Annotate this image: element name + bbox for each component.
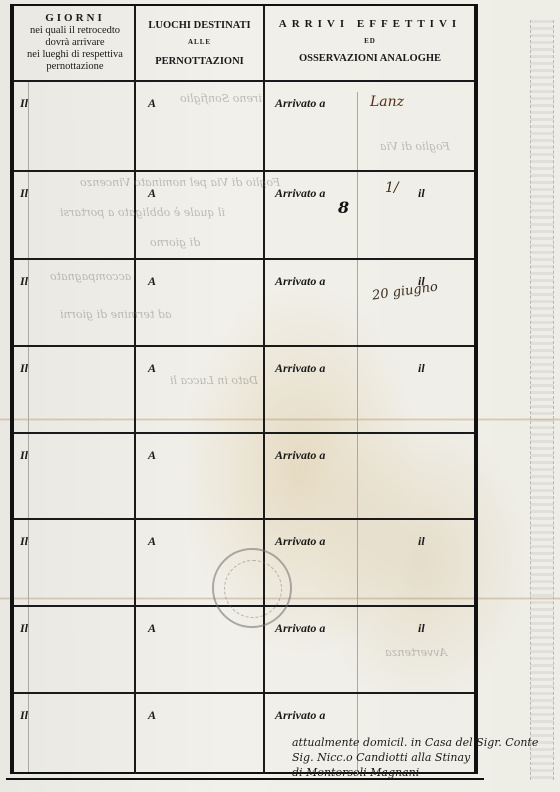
row-rule [14,432,474,434]
row-day-label: Il [20,708,28,723]
bleed-through-text: Avvertenza [385,646,447,659]
note-line: Sig. Nicc.o Candiotti alla Stinay [292,750,560,765]
header-giorni-line: dovrà arrivare [16,37,134,49]
note-line: di Montorsoli Magnani [292,765,560,780]
column-divider [263,6,265,774]
header-arrivi-line1: ARRIVI EFFETTIVI [265,18,475,31]
row-day-label: Il [20,448,28,463]
row-rule [14,345,474,347]
header-arrivi-line3: OSSERVAZIONI ANALOGHE [265,53,475,65]
bleed-through-text: Dato in Lucca li [170,374,258,387]
row-arrival-label: Arrivato a [275,708,325,723]
header-arrivi-line2: ED [265,37,475,45]
bleed-through-text: di giorno [150,236,200,249]
row-day-label: Il [20,96,28,111]
header-giorni-line: pernottazione [16,61,134,73]
header-rule [14,80,474,82]
row-date-label: il [418,361,425,376]
header-giorni-title: GIORNI [16,12,134,25]
row-place-label: A [148,534,156,549]
bleed-through-text: accompagnato [50,270,131,283]
row-day-label: Il [20,186,28,201]
row-arrival-label: Arrivato a [275,621,325,636]
header-luoghi-line3: PERNOTTAZIONI [136,56,263,68]
row-date-label: il [418,621,425,636]
bleed-through-text: Foglio di Via pel nominato Vincenzo [80,176,280,189]
right-margin-border [530,20,554,780]
row-arrival-label: Arrivato a [275,274,325,289]
column-divider [134,6,136,774]
row-rule [14,692,474,694]
row-place-label: A [148,274,156,289]
row-place-label: A [148,361,156,376]
row-rule [14,258,474,260]
row-day-label: Il [20,361,28,376]
row-day-label: Il [20,534,28,549]
row-rule [14,170,474,172]
header-luoghi-line1: LUOCHI DESTINATI [136,20,263,32]
row-arrival-label: Arrivato a [275,534,325,549]
handwritten-note: attualmente domicil. in Casa del Sigr. C… [292,735,560,780]
handwritten-date: 1/ [385,180,399,196]
row-arrival-label: Arrivato a [275,361,325,376]
row-date-label: il [418,186,425,201]
bleed-through-text: ireno Sonfiglio [180,92,262,105]
row-arrival-label: Arrivato a [275,448,325,463]
header-giorni-line: nei lueghi di respettiva [16,49,134,61]
bleed-through-text: ad termine di giorni [60,308,171,321]
handwritten-arrival: Lanz [370,94,404,110]
row-day-label: Il [20,274,28,289]
handwritten-arrival: 8 [338,198,349,217]
bleed-through-text: Foglio di Via [380,140,450,153]
row-arrival-label: Arrivato a [275,96,325,111]
row-place-label: A [148,448,156,463]
margin-guide [28,82,29,772]
header-giorni-line: nei quali il retrocedto [16,25,134,37]
row-date-label: il [418,534,425,549]
row-place-label: A [148,96,156,111]
row-place-label: A [148,621,156,636]
postmark-stamp [212,548,292,628]
header-luoghi: LUOCHI DESTINATI ALLE PERNOTTAZIONI [136,20,263,68]
note-line: attualmente domicil. in Casa del Sigr. C… [292,735,560,750]
header-luoghi-line2: ALLE [136,38,263,46]
bleed-through-text: il quale è obbligato a portarsi [60,206,225,219]
header-arrivi: ARRIVI EFFETTIVI ED OSSERVAZIONI ANALOGH… [265,18,475,65]
row-arrival-label: Arrivato a [275,186,325,201]
row-rule [14,518,474,520]
header-giorni: GIORNI nei quali il retrocedto dovrà arr… [16,12,134,73]
row-place-label: A [148,708,156,723]
row-day-label: Il [20,621,28,636]
